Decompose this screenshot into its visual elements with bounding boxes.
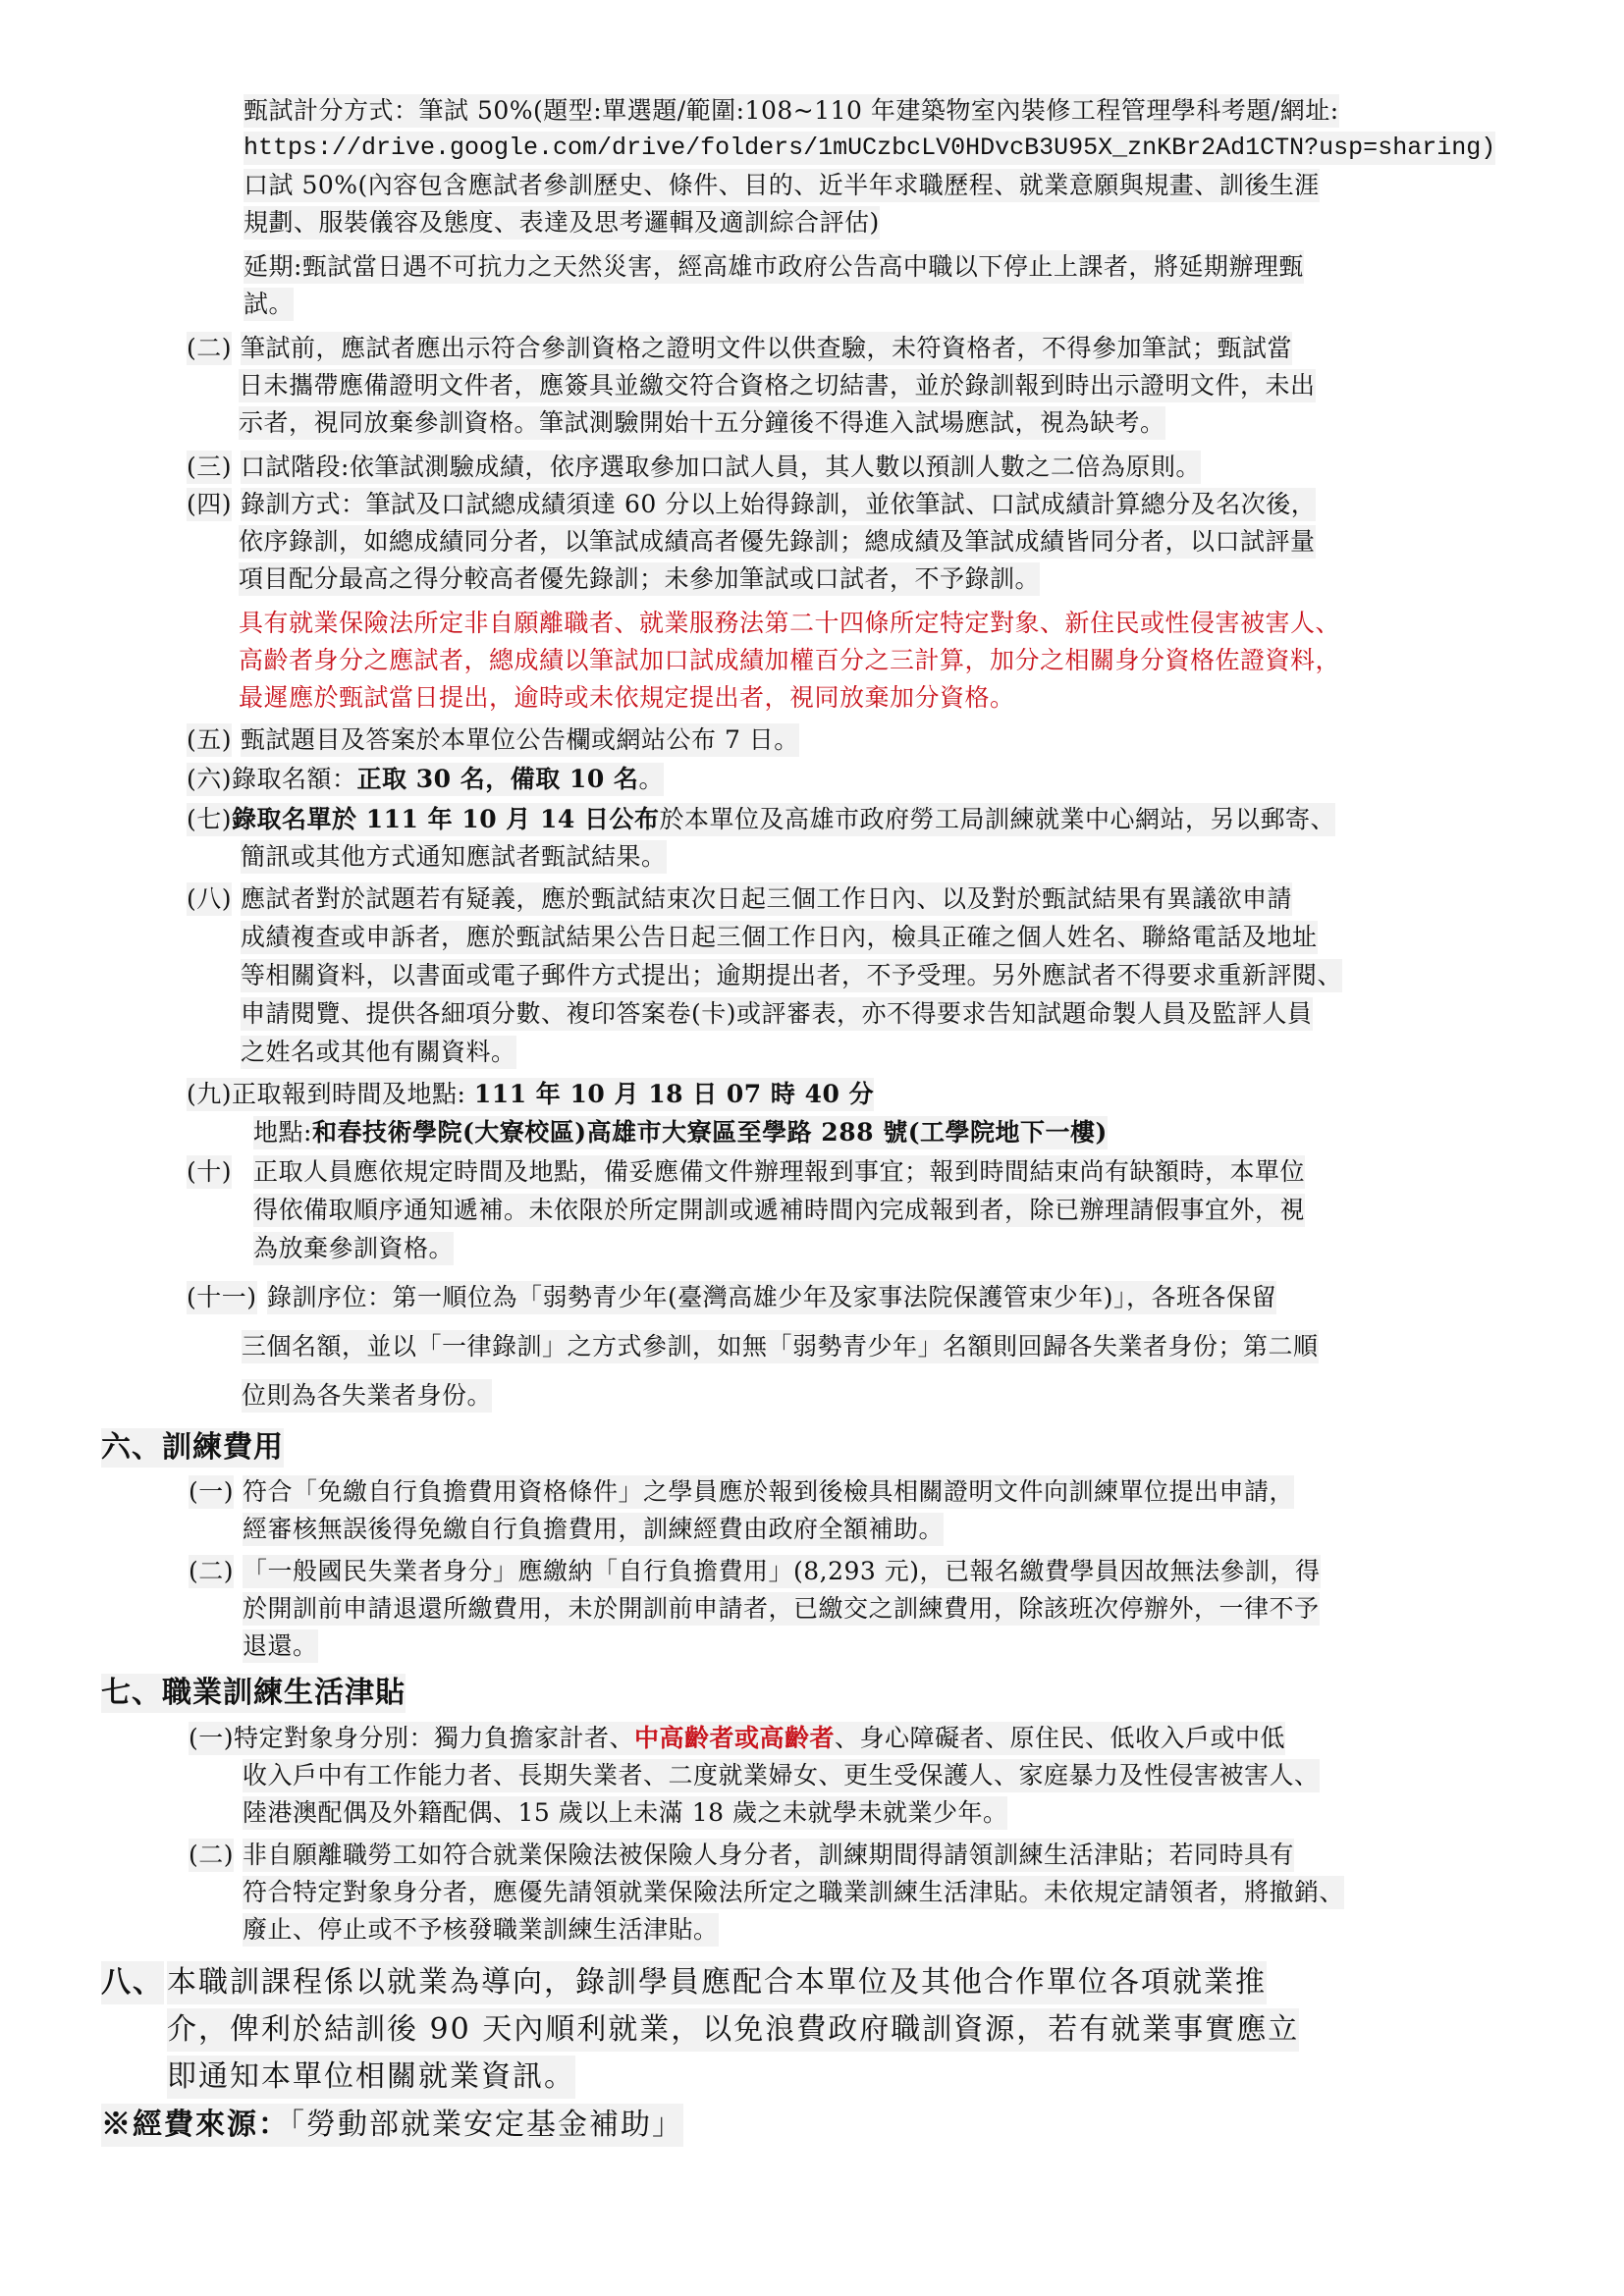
bonus-points-notice: 最遲應於甄試當日提出，逾時或未依規定提出者，視同放棄加分資格。 <box>239 681 1015 715</box>
s7-item-1: (一)特定對象身分別：獨力負擔家計者、中高齡者或高齡者、身心障礙者、原住民、低收… <box>189 1722 1285 1755</box>
item-3-marker: (三) <box>187 451 232 484</box>
s7-item-1-line: 收入戶中有工作能力者、長期失業者、二度就業婦女、更生受保護人、家庭暴力及性侵害被… <box>243 1759 1320 1792</box>
announcement-date: 錄取名單於 111 年 10 月 14 日公布 <box>232 805 660 833</box>
exam-url-link[interactable]: https://drive.google.com/drive/folders/1… <box>244 132 1495 165</box>
item-11-line: 位則為各失業者身份。 <box>242 1379 492 1413</box>
s6-item-2-line: 於開訓前申請退還所繳費用，未於開訓前申請者，已繳交之訓練費用，除該班次停辦外，一… <box>243 1592 1320 1626</box>
s7-item-1-pre: 特定對象身分別：獨力負擔家計者、 <box>234 1724 634 1752</box>
item-11-line: 三個名額，並以「一律錄訓」之方式參訓，如無「弱勢青少年」名額則回歸各失業者身份；… <box>242 1330 1319 1363</box>
s7-item-2-line: 符合特定對象身分者，應優先請領就業保險法所定之職業訓練生活津貼。未依規定請領者，… <box>243 1876 1344 1909</box>
item-4-marker: (四) <box>187 488 232 521</box>
item-8-marker: (八) <box>187 882 232 916</box>
item-5-line: 甄試題目及答案於本單位公告欄或網站公布 7 日。 <box>241 723 799 757</box>
item-8-line: 成績複查或申訴者，應於甄試結果公告日起三個工作日內，檢具正確之個人姓名、聯絡電話… <box>241 921 1318 954</box>
item-8-line: 應試者對於試題若有疑義，應於甄試結束次日起三個工作日內、以及對於甄試結果有異議欲… <box>241 882 1292 916</box>
oral-exam-line-cont: 規劃、服裝儀容及態度、表達及思考邏輯及適訓綜合評估) <box>244 206 880 240</box>
item-7: (七)錄取名單於 111 年 10 月 14 日公布於本單位及高雄市政府勞工局訓… <box>187 803 1335 836</box>
item-2-marker: (二) <box>187 332 232 365</box>
item-8-line: 之姓名或其他有關資料。 <box>241 1036 516 1069</box>
s6-item-1-marker: (一) <box>189 1475 234 1509</box>
s7-item-2-line: 非自願離職勞工如符合就業保險法被保險人身分者，訓練期間得請領訓練生活津貼；若同時… <box>243 1839 1294 1872</box>
item-2-line: 日未攜帶應備證明文件者，應簽具並繳交符合資格之切結書，並於錄訓報到時出示證明文件… <box>239 369 1316 402</box>
bonus-points-notice: 高齡者身分之應試者，總成績以筆試加口試成績加權百分之三計算，加分之相關身分資格佐… <box>239 644 1340 677</box>
item-10-marker: (十) <box>187 1155 232 1189</box>
item-8-line: 申請閱覽、提供各細項分數、複印答案卷(卡)或評審表，亦不得要求告知試題命製人員及… <box>241 997 1313 1031</box>
s7-item-1-marker: (一) <box>189 1724 234 1752</box>
section-8-marker: 八、 <box>101 1961 164 2004</box>
scoring-method-line: 甄試計分方式：筆試 50%(題型:單選題/範圍:108~110 年建築物室內裝修… <box>244 94 1339 128</box>
item-10-line: 得依備取順序通知遞補。未依限於所定開訓或遞補時間內完成報到者，除已辦理請假事宜外… <box>253 1194 1305 1227</box>
item-7-tail: 於本單位及高雄市政府勞工局訓練就業中心網站，另以郵寄、 <box>660 805 1336 833</box>
item-4-line: 依序錄訓，如總成績同分者，以筆試成績高者優先錄訓；總成績及筆試成績皆同分者，以口… <box>239 525 1316 559</box>
funding-source: ※經費來源：「勞動部就業安定基金補助」 <box>101 2104 683 2147</box>
item-6-label: 錄取名額： <box>232 765 357 793</box>
item-11-marker: (十一) <box>187 1281 257 1314</box>
bonus-points-notice: 具有就業保險法所定非自願離職者、就業服務法第二十四條所定特定對象、新住民或性侵害… <box>239 607 1340 640</box>
s7-item-2-line: 廢止、停止或不予核發職業訓練生活津貼。 <box>243 1913 719 1947</box>
report-location: 和春技術學院(大寮校區)高雄市大寮區至學路 288 號(工學院地下一樓) <box>312 1118 1108 1147</box>
admission-quota: 正取 30 名，備取 10 名 <box>357 765 639 793</box>
item-9-marker: (九) <box>187 1080 232 1108</box>
item-6-tail: 。 <box>638 765 664 793</box>
item-6: (六)錄取名額：正取 30 名，備取 10 名。 <box>187 763 664 796</box>
item-2-line: 筆試前，應試者應出示符合參訓資格之證明文件以供查驗，未符資格者，不得參加筆試；甄… <box>241 332 1292 365</box>
senior-age-emphasis: 中高齡者或高齡者 <box>634 1724 835 1752</box>
report-datetime: 111 年 10 月 18 日 07 時 40 分 <box>474 1080 874 1108</box>
item-9: (九)正取報到時間及地點: 111 年 10 月 18 日 07 時 40 分 <box>187 1078 874 1111</box>
s7-item-1-line: 陸港澳配偶及外籍配偶、15 歲以上未滿 18 歲之未就學未就業少年。 <box>243 1796 1007 1830</box>
oral-exam-line: 口試 50%(內容包含應試者參訓歷史、條件、目的、近半年求職歷程、就業意願與規畫… <box>244 169 1320 202</box>
section-6-heading: 六、訓練費用 <box>101 1428 284 1468</box>
section-8-line: 即通知本單位相關就業資訊。 <box>167 2056 575 2099</box>
item-8-line: 等相關資料，以書面或電子郵件方式提出；逾期提出者，不予受理。另外應試者不得要求重… <box>241 959 1342 992</box>
item-9-location: 地點:和春技術學院(大寮校區)高雄市大寮區至學路 288 號(工學院地下一樓) <box>253 1116 1108 1149</box>
postpone-line-cont: 試。 <box>244 288 294 321</box>
section-8-line: 本職訓課程係以就業為導向，錄訓學員應配合本單位及其他合作單位各項就業推 <box>167 1961 1267 2004</box>
location-label: 地點: <box>253 1118 312 1147</box>
postpone-line: 延期:甄試當日遇不可抗力之天然災害，經高雄市政府公告高中職以下停止上課者，將延期… <box>244 250 1304 284</box>
s6-item-1-line: 符合「免繳自行負擔費用資格條件」之學員應於報到後檢具相關證明文件向訓練單位提出申… <box>243 1475 1294 1509</box>
item-5-marker: (五) <box>187 723 232 757</box>
item-9-label: 正取報到時間及地點: <box>232 1080 465 1108</box>
item-7-line: 簡訊或其他方式通知應試者甄試結果。 <box>241 840 667 874</box>
item-11-line: 錄訓序位：第一順位為「弱勢青少年(臺灣高雄少年及家事法院保護管束少年)」，各班各… <box>267 1281 1276 1314</box>
s6-item-1-line: 經審核無誤後得免繳自行負擔費用，訓練經費由政府全額補助。 <box>243 1513 944 1546</box>
s6-item-2-marker: (二) <box>189 1555 234 1588</box>
section-7-heading: 七、職業訓練生活津貼 <box>101 1674 406 1713</box>
item-2-line: 示者，視同放棄參訓資格。筆試測驗開始十五分鐘後不得進入試場應試，視為缺考。 <box>239 406 1165 440</box>
s7-item-2-marker: (二) <box>189 1839 234 1872</box>
funding-value: 「勞動部就業安定基金補助」 <box>290 2108 683 2142</box>
funding-label: ※經費來源： <box>101 2108 290 2142</box>
s6-item-2-line: 退還。 <box>243 1629 318 1663</box>
section-8-line: 介，俾利於結訓後 90 天內順利就業，以免浪費政府職訓資源，若有就業事實應立 <box>167 2008 1299 2052</box>
item-4-line: 項目配分最高之得分較高者優先錄訓；未參加筆試或口試者，不予錄訓。 <box>239 562 1040 596</box>
item-7-marker: (七) <box>187 805 232 833</box>
item-6-marker: (六) <box>187 765 232 793</box>
item-3-line: 口試階段:依筆試測驗成績，依序選取參加口試人員，其人數以預訓人數之二倍為原則。 <box>241 451 1201 484</box>
item-10-line: 正取人員應依規定時間及地點，備妥應備文件辦理報到事宜；報到時間結束尚有缺額時，本… <box>253 1155 1305 1189</box>
item-4-line: 錄訓方式：筆試及口試總成績須達 60 分以上始得錄訓，並依筆試、口試成績計算總分… <box>241 488 1316 521</box>
item-10-line: 為放棄參訓資格。 <box>253 1232 454 1265</box>
s6-item-2-line: 「一般國民失業者身分」應繳納「自行負擔費用」(8,293 元)，已報名繳費學員因… <box>243 1555 1321 1588</box>
s7-item-1-post: 、身心障礙者、原住民、低收入戶或中低 <box>835 1724 1285 1752</box>
